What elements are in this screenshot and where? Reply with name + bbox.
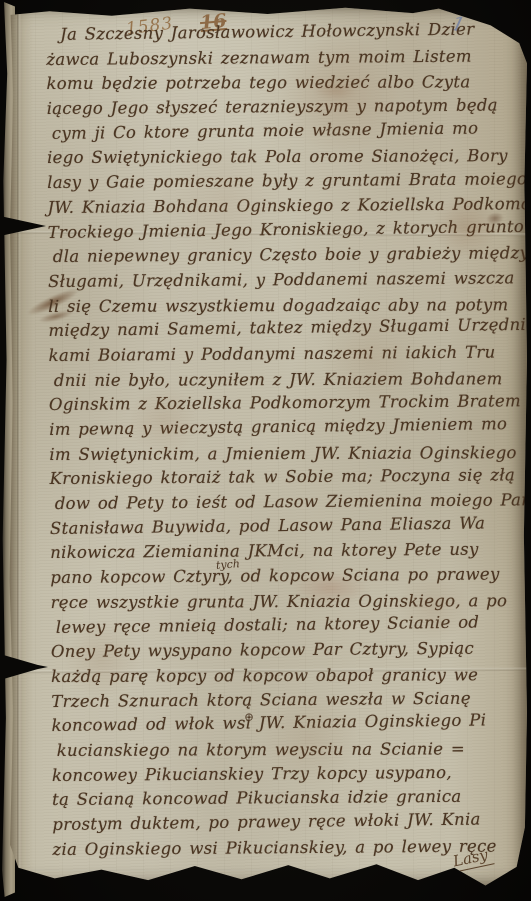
manuscript-line: iego Swiętynickiego tak Pola orome Siano… — [47, 144, 527, 171]
manuscript-line: cym ji Co ktore grunta moie własne Jmien… — [47, 115, 527, 146]
manuscript-line: Stanisława Buywida, pod Lasow Pana Elias… — [50, 510, 527, 541]
manuscript-line: koncowad od włok wsi JW. Kniazia Oginski… — [51, 708, 527, 739]
manuscript-line: Kroniskiego ktoraiż tak w Sobie ma; Pocz… — [49, 464, 527, 493]
manuscript-page: 1583. 16 1 Ja Szczesny Jarosławowicz Hoł… — [8, 6, 527, 889]
manuscript-line: dla niepewney granicy Często boie y grab… — [48, 241, 527, 270]
manuscript-line: Ja Szczesny Jarosławowicz Hołowczynski D… — [46, 17, 527, 48]
manuscript-line: lasy y Gaie pomieszane były z gruntami B… — [47, 167, 527, 196]
manuscript-line: nikowicza Ziemianina JKMci, na ktorey Pe… — [50, 538, 527, 567]
manuscript-line: komu będzie potrzeba tego wiedzieć albo … — [46, 70, 527, 97]
fold-crease-vertical — [17, 6, 21, 889]
manuscript-line: kami Boiarami y Poddanymi naszemi ni iak… — [49, 340, 527, 369]
manuscript-line: im pewną y wieczystą granicą między Jmie… — [49, 412, 527, 443]
manuscript-line: między nami Samemi, taktez między Sługam… — [48, 313, 527, 344]
manuscript-line: Sługami, Urzędnikami, y Poddanemi naszem… — [48, 266, 527, 295]
manuscript-line: każdą parę kopcy od kopcow obapoł granic… — [51, 663, 527, 690]
manuscript-line: żawca Luboszynski zeznawam tym moim List… — [46, 44, 527, 73]
scanned-manuscript: 1583. 16 1 Ja Szczesny Jarosławowicz Hoł… — [0, 0, 531, 901]
manuscript-line: im Swiętynickim, a Jmieniem JW. Kniazia … — [49, 441, 527, 468]
manuscript-line: Oney Pety wysypano kopcow Par Cztyry, Sy… — [51, 636, 527, 665]
manuscript-line: dnii nie było, uczyniłem z JW. Kniaziem … — [49, 367, 527, 394]
manuscript-line: pano kopcow Cztyry, od kopcow Sciana po … — [50, 562, 527, 591]
manuscript-line: kucianskiego na ktorym weysciu na Sciani… — [52, 737, 527, 764]
manuscript-text-block: Ja Szczesny Jarosławowicz Hołowczynski D… — [46, 19, 527, 862]
manuscript-line: prostym duktem, po prawey ręce włoki JW.… — [52, 807, 527, 838]
manuscript-line: koncowey Pikucianskiey Trzy kopcy usypan… — [52, 760, 527, 789]
